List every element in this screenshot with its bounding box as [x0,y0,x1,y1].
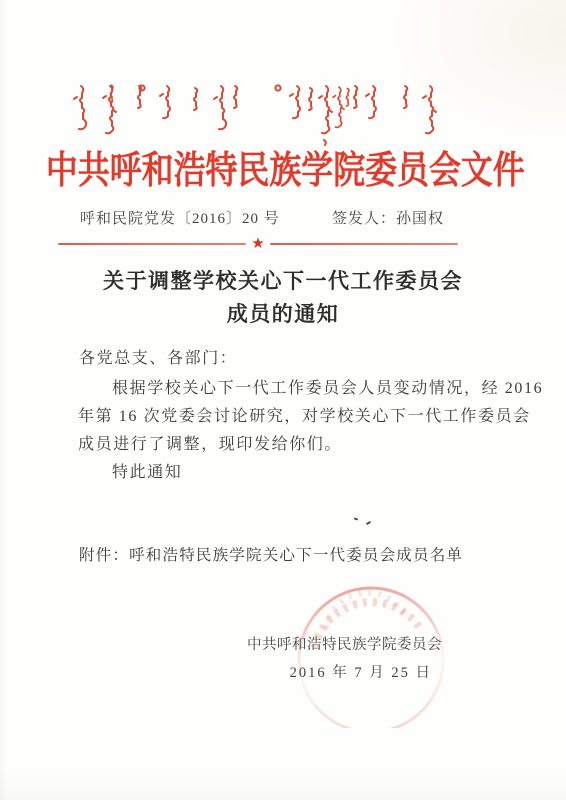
body-line: 年第 16 次党委会讨论研究，对学校关心下一代工作委员会 [78,403,531,426]
issuer: 签发人：孙国权 [332,207,444,228]
mongolian-script-header [72,82,464,146]
pen-mark [354,517,358,520]
star-icon: ★ [246,237,269,252]
body-line: 成员进行了调整，现印发给你们。 [78,431,342,454]
pen-mark [366,521,371,525]
attachment-line: 附件：呼和浩特民族学院关心下一代委员会成员名单 [79,543,463,565]
notice-title: 关于调整学校关心下一代工作委员会 成员的通知 [0,265,566,331]
divider-line-right [270,243,458,245]
divider-line-left [58,243,246,245]
doc-number: 呼和民院党发〔2016〕20 号 [80,207,280,228]
scanned-official-document: 中共呼和浩特民族学院委员会文件 呼和民院党发〔2016〕20 号 签发人：孙国权… [0,0,566,800]
closing-phrase: 特此通知 [112,459,182,482]
masthead-org-title: 中共呼和浩特民族学院委员会文件 [46,139,521,194]
notice-title-line1: 关于调整学校关心下一代工作委员会 [0,265,566,298]
body-line: 根据学校关心下一代工作委员会人员变动情况，经 2016 [112,375,543,398]
salutation: 各党总支、各部门： [79,345,237,368]
signature-date: 2016 年 7 月 25 日 [0,661,432,682]
reference-row: 呼和民院党发〔2016〕20 号 签发人：孙国权 [80,207,444,228]
notice-title-line2: 成员的通知 [0,298,566,331]
red-divider: ★ [58,236,458,252]
signature-org: 中共呼和浩特民族学院委员会 [0,633,442,654]
